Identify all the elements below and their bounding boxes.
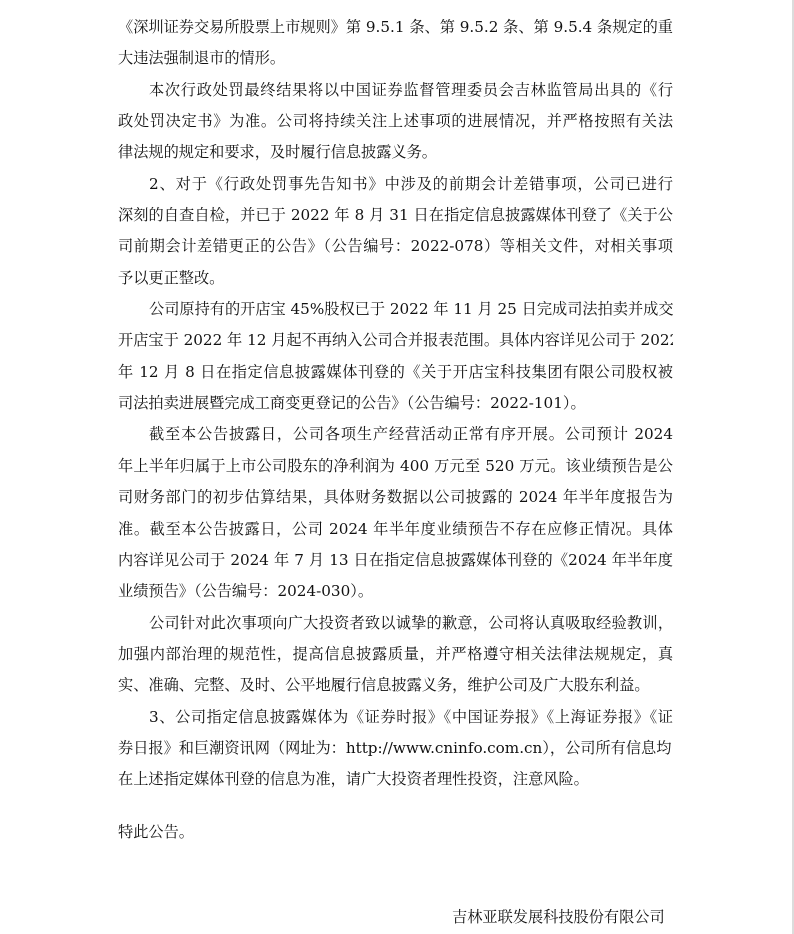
text-line: 业绩预告》（公告编号：2024-030）。 [118,576,673,607]
text-line: 2、对于《行政处罚事先告知书》中涉及的前期会计差错事项，公司已进行 [118,169,673,200]
text-line: 3、公司指定信息披露媒体为《证券时报》《中国证券报》《上海证券报》《证 [118,702,673,733]
paragraph-final-decision: 本次行政处罚最终结果将以中国证券监督管理委员会吉林监管局出具的《行 政处罚决定书… [118,75,673,169]
text-line: 政处罚决定书》为准。公司将持续关注上述事项的进展情况，并严格按照有关法 [118,106,673,137]
text-line: 截至本公告披露日，公司各项生产经营活动正常有序开展。公司预计 2024 [118,419,673,450]
paragraph-earnings-forecast: 截至本公告披露日，公司各项生产经营活动正常有序开展。公司预计 2024 年上半年… [118,419,673,607]
text-line: 实、准确、完整、及时、公平地履行信息披露义务，维护公司及广大股东利益。 [118,670,673,701]
text-line: 《深圳证券交易所股票上市规则》第 9.5.1 条、第 9.5.2 条、第 9.5… [118,12,673,43]
text-line: 年上半年归属于上市公司股东的净利润为 400 万元至 520 万元。该业绩预告是… [118,451,673,482]
paragraph-kaidianbao-equity: 公司原持有的开店宝 45%股权已于 2022 年 11 月 25 日完成司法拍卖… [118,294,673,419]
text-line: 券日报》和巨潮资讯网（网址为：http://www.cninfo.com.cn）… [118,733,673,764]
text-line: 大违法强制退市的情形。 [118,43,673,74]
document-body: 《深圳证券交易所股票上市规则》第 9.5.1 条、第 9.5.2 条、第 9.5… [118,12,673,796]
text-line: 在上述指定媒体刊登的信息为准，请广大投资者理性投资，注意风险。 [118,764,673,795]
closing-statement: 特此公告。 [118,817,194,848]
text-line: 司法拍卖进展暨完成工商变更登记的公告》（公告编号：2022-101）。 [118,388,673,419]
text-line: 司财务部门的初步估算结果，具体财务数据以公司披露的 2024 年半年度报告为 [118,482,673,513]
text-line: 予以更正整改。 [118,263,673,294]
text-line: 内容详见公司于 2024 年 7 月 13 日在指定信息披露媒体刊登的《2024… [118,545,673,576]
text-line: 准。截至本公告披露日，公司 2024 年半年度业绩预告不存在应修正情况。具体 [118,514,673,545]
text-line: 公司针对此次事项向广大投资者致以诚挚的歉意，公司将认真吸取经验教训， [118,608,673,639]
text-line: 加强内部治理的规范性，提高信息披露质量，并严格遵守相关法律法规规定，真 [118,639,673,670]
company-signature: 吉林亚联发展科技股份有限公司 [452,902,665,933]
text-line: 本次行政处罚最终结果将以中国证券监督管理委员会吉林监管局出具的《行 [118,75,673,106]
text-line: 公司原持有的开店宝 45%股权已于 2022 年 11 月 25 日完成司法拍卖… [118,294,673,325]
paragraph-continuation: 《深圳证券交易所股票上市规则》第 9.5.1 条、第 9.5.2 条、第 9.5… [118,12,673,75]
text-line: 律法规的规定和要求，及时履行信息披露义务。 [118,137,673,168]
text-line: 深刻的自查自检，并已于 2022 年 8 月 31 日在指定信息披露媒体刊登了《… [118,200,673,231]
document-page: 《深圳证券交易所股票上市规则》第 9.5.1 条、第 9.5.2 条、第 9.5… [0,0,794,934]
paragraph-disclosure-media: 3、公司指定信息披露媒体为《证券时报》《中国证券报》《上海证券报》《证 券日报》… [118,702,673,796]
paragraph-accounting-correction: 2、对于《行政处罚事先告知书》中涉及的前期会计差错事项，公司已进行 深刻的自查自… [118,169,673,294]
text-line: 年 12 月 8 日在指定信息披露媒体刊登的《关于开店宝科技集团有限公司股权被 [118,357,673,388]
text-line: 开店宝于 2022 年 12 月起不再纳入公司合并报表范围。具体内容详见公司于 … [118,325,673,356]
paragraph-apology: 公司针对此次事项向广大投资者致以诚挚的歉意，公司将认真吸取经验教训， 加强内部治… [118,608,673,702]
text-line: 司前期会计差错更正的公告》（公告编号：2022-078）等相关文件，对相关事项 [118,231,673,262]
